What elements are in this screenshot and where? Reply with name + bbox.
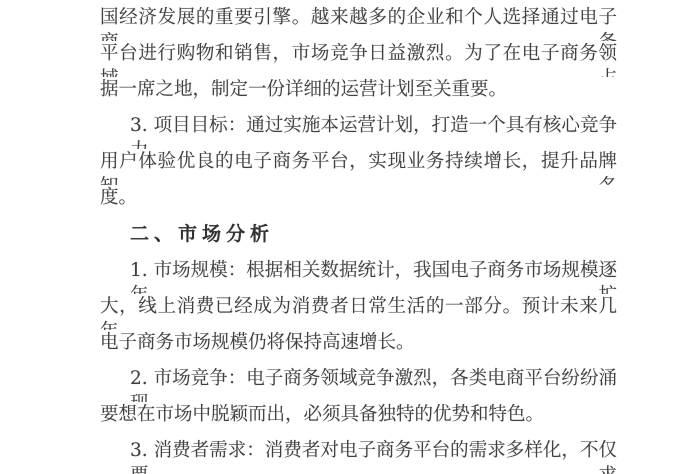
text-line: 1. 市场规模：根据相关数据统计，我国电子商务市场规模逐年扩 (100, 258, 617, 294)
text-line: 3. 消费者需求：消费者对电子商务平台的需求多样化，不仅要求 (100, 438, 617, 470)
text-line: 用户体验优良的电子商务平台，实现业务持续增长，提升品牌知名 (100, 149, 617, 185)
text-line: 3. 项目目标：通过实施本运营计划，打造一个具有核心竞争力、 (100, 113, 617, 149)
document-text-block: 国经济发展的重要引擎。越来越多的企业和个人选择通过电子商务 平台进行购物和销售，… (100, 5, 617, 470)
text-line: 平台进行购物和销售，市场竞争日益激烈。为了在电子商务领域占 (100, 41, 617, 77)
text-line: 2. 市场竞争：电子商务领域竞争激烈，各类电商平台纷纷涌现。 (100, 366, 617, 402)
document-page: 国经济发展的重要引擎。越来越多的企业和个人选择通过电子商务 平台进行购物和销售，… (0, 0, 700, 470)
text-line: 大，线上消费已经成为消费者日常生活的一部分。预计未来几年， (100, 294, 617, 330)
text-line: 国经济发展的重要引擎。越来越多的企业和个人选择通过电子商务 (100, 5, 617, 41)
text-line: 度。 (100, 185, 617, 221)
text-line: 要想在市场中脱颖而出，必须具备独特的优势和特色。 (100, 402, 617, 438)
text-line: 电子商务市场规模仍将保持高速增长。 (100, 330, 617, 366)
text-line: 据一席之地，制定一份详细的运营计划至关重要。 (100, 77, 617, 113)
section-heading: 二、市场分析 (100, 222, 617, 258)
